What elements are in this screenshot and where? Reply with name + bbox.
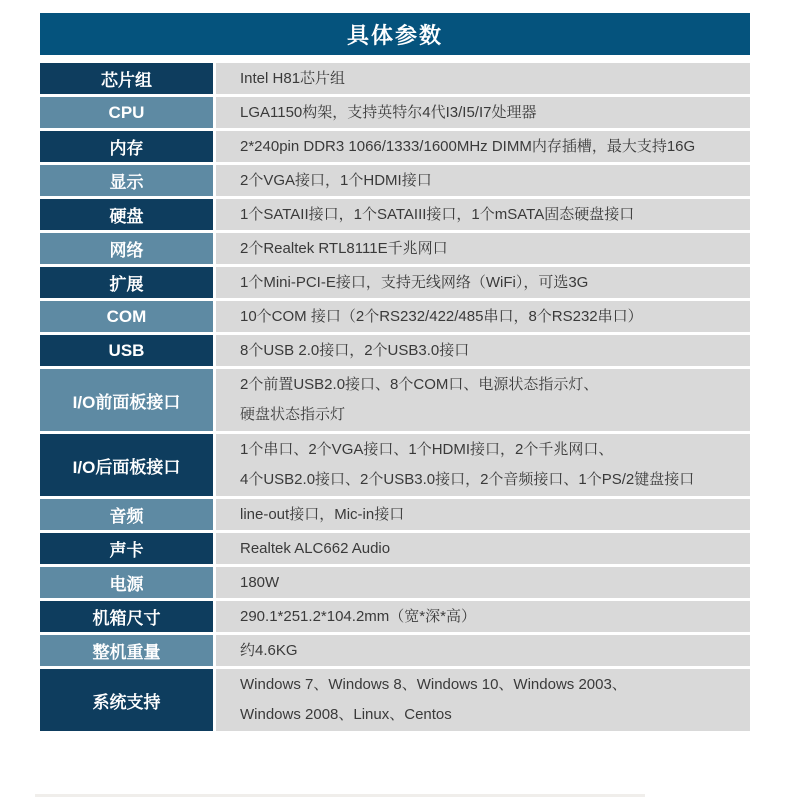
row-label: USB	[40, 335, 213, 366]
page-title: 具体参数	[347, 19, 443, 50]
value-line: 4个USB2.0接口、2个USB3.0接口，2个音频接口、1个PS/2键盘接口	[240, 465, 750, 495]
value-line: 2个前置USB2.0接口、8个COM口、电源状态指示灯、	[240, 370, 750, 400]
value-line: 1个Mini-PCI-E接口，支持无线网络（WiFi），可选3G	[240, 268, 750, 298]
row-label: 机箱尺寸	[40, 601, 213, 632]
table-row-memory: 内存 2*240pin DDR3 1066/1333/1600MHz DIMM内…	[40, 131, 750, 162]
row-value: 290.1*251.2*104.2mm（宽*深*高）	[216, 601, 750, 632]
table-row-display: 显示 2个VGA接口，1个HDMI接口	[40, 165, 750, 196]
table-row-sound-card: 声卡 Realtek ALC662 Audio	[40, 533, 750, 564]
row-value: Windows 7、Windows 8、Windows 10、Windows 2…	[216, 669, 750, 731]
row-label: 整机重量	[40, 635, 213, 666]
value-line: 8个USB 2.0接口，2个USB3.0接口	[240, 336, 750, 366]
table-row-storage: 硬盘 1个SATAII接口，1个SATAIII接口，1个mSATA固态硬盘接口	[40, 199, 750, 230]
row-label: 内存	[40, 131, 213, 162]
row-value: 2个Realtek RTL8111E千兆网口	[216, 233, 750, 264]
row-value: 8个USB 2.0接口，2个USB3.0接口	[216, 335, 750, 366]
spec-sheet: 具体参数 芯片组 Intel H81芯片组 CPU LGA1150构架，支持英特…	[40, 13, 750, 734]
row-label: COM	[40, 301, 213, 332]
row-label: 硬盘	[40, 199, 213, 230]
row-label: I/O前面板接口	[40, 369, 213, 431]
bottom-crop-artifact	[35, 794, 645, 797]
row-label: I/O后面板接口	[40, 434, 213, 496]
value-line: 2个VGA接口，1个HDMI接口	[240, 166, 750, 196]
table-row-io-rear-panel: I/O后面板接口 1个串口、2个VGA接口、1个HDMI接口，2个千兆网口、 4…	[40, 434, 750, 496]
row-value: 2*240pin DDR3 1066/1333/1600MHz DIMM内存插槽…	[216, 131, 750, 162]
value-line: Windows 7、Windows 8、Windows 10、Windows 2…	[240, 670, 750, 700]
table-row-io-front-panel: I/O前面板接口 2个前置USB2.0接口、8个COM口、电源状态指示灯、 硬盘…	[40, 369, 750, 431]
row-value: 10个COM 接口（2个RS232/422/485串口，8个RS232串口）	[216, 301, 750, 332]
table-row-com: COM 10个COM 接口（2个RS232/422/485串口，8个RS232串…	[40, 301, 750, 332]
value-line: line-out接口，Mic-in接口	[240, 500, 750, 530]
row-label: CPU	[40, 97, 213, 128]
row-value: 1个Mini-PCI-E接口，支持无线网络（WiFi），可选3G	[216, 267, 750, 298]
value-line: 10个COM 接口（2个RS232/422/485串口，8个RS232串口）	[240, 302, 750, 332]
title-bar: 具体参数	[40, 13, 750, 55]
row-value: Realtek ALC662 Audio	[216, 533, 750, 564]
value-line: Windows 2008、Linux、Centos	[240, 700, 750, 730]
value-line: 约4.6KG	[240, 636, 750, 666]
value-line: 290.1*251.2*104.2mm（宽*深*高）	[240, 602, 750, 632]
table-row-usb: USB 8个USB 2.0接口，2个USB3.0接口	[40, 335, 750, 366]
table-row-weight: 整机重量 约4.6KG	[40, 635, 750, 666]
table-row-expansion: 扩展 1个Mini-PCI-E接口，支持无线网络（WiFi），可选3G	[40, 267, 750, 298]
row-value: 约4.6KG	[216, 635, 750, 666]
value-line: 1个串口、2个VGA接口、1个HDMI接口，2个千兆网口、	[240, 435, 750, 465]
row-label: 扩展	[40, 267, 213, 298]
row-label: 声卡	[40, 533, 213, 564]
row-label: 网络	[40, 233, 213, 264]
row-value: 2个VGA接口，1个HDMI接口	[216, 165, 750, 196]
value-line: 1个SATAII接口，1个SATAIII接口，1个mSATA固态硬盘接口	[240, 200, 750, 230]
row-label: 音频	[40, 499, 213, 530]
spec-table: 芯片组 Intel H81芯片组 CPU LGA1150构架，支持英特尔4代I3…	[40, 63, 750, 731]
value-line: Intel H81芯片组	[240, 64, 750, 94]
row-value: 180W	[216, 567, 750, 598]
row-label: 系统支持	[40, 669, 213, 731]
row-value: 2个前置USB2.0接口、8个COM口、电源状态指示灯、 硬盘状态指示灯	[216, 369, 750, 431]
row-label: 芯片组	[40, 63, 213, 94]
row-value: 1个串口、2个VGA接口、1个HDMI接口，2个千兆网口、 4个USB2.0接口…	[216, 434, 750, 496]
table-row-os-support: 系统支持 Windows 7、Windows 8、Windows 10、Wind…	[40, 669, 750, 731]
value-line: 硬盘状态指示灯	[240, 400, 750, 430]
table-row-audio: 音频 line-out接口，Mic-in接口	[40, 499, 750, 530]
value-line: LGA1150构架，支持英特尔4代I3/I5/I7处理器	[240, 98, 750, 128]
value-line: 2*240pin DDR3 1066/1333/1600MHz DIMM内存插槽…	[240, 132, 750, 162]
row-label: 显示	[40, 165, 213, 196]
value-line: 180W	[240, 568, 750, 598]
row-value: Intel H81芯片组	[216, 63, 750, 94]
table-row-chassis-size: 机箱尺寸 290.1*251.2*104.2mm（宽*深*高）	[40, 601, 750, 632]
row-value: 1个SATAII接口，1个SATAIII接口，1个mSATA固态硬盘接口	[216, 199, 750, 230]
row-value: line-out接口，Mic-in接口	[216, 499, 750, 530]
value-line: 2个Realtek RTL8111E千兆网口	[240, 234, 750, 264]
row-value: LGA1150构架，支持英特尔4代I3/I5/I7处理器	[216, 97, 750, 128]
table-row-power: 电源 180W	[40, 567, 750, 598]
value-line: Realtek ALC662 Audio	[240, 534, 750, 564]
table-row-network: 网络 2个Realtek RTL8111E千兆网口	[40, 233, 750, 264]
row-label: 电源	[40, 567, 213, 598]
table-row-chipset: 芯片组 Intel H81芯片组	[40, 63, 750, 94]
table-row-cpu: CPU LGA1150构架，支持英特尔4代I3/I5/I7处理器	[40, 97, 750, 128]
